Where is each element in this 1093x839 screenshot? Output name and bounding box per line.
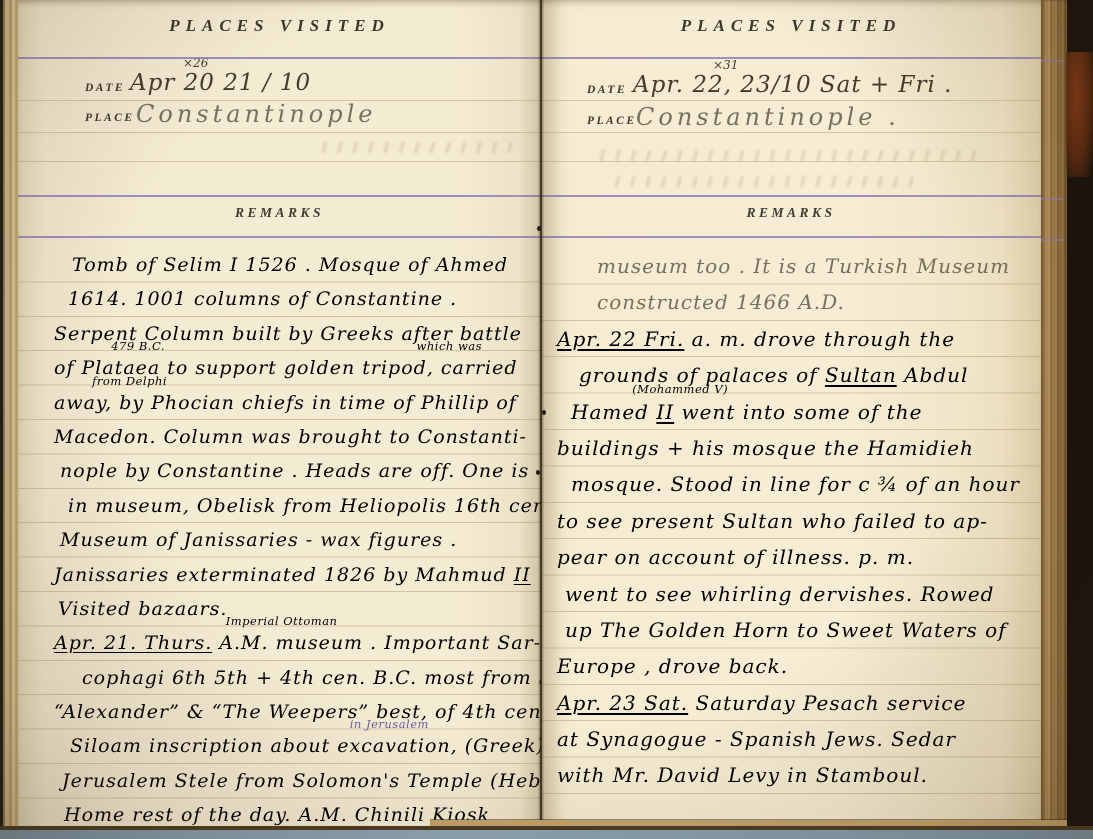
remark-text: Abdul — [897, 363, 969, 387]
remark-line: 1614. 1001 columns of Constantine . — [54, 282, 531, 316]
remark-text: Macedon. Column was brought to Constanti… — [54, 426, 527, 448]
edge-purple-rule — [1041, 239, 1063, 241]
remark-line: constructed 1466 A.D. — [557, 284, 1027, 320]
remark-text: Apr. 23 Sat. — [557, 691, 688, 715]
remark-text: up The Golden Horn to Sweet Waters of — [565, 618, 1007, 642]
remark-text: Janissaries exterminated 1826 by Mahmud — [54, 564, 514, 586]
left-page-edges — [0, 0, 18, 830]
remark-line: mosque. Stood in line for c ¾ of an hour — [557, 466, 1027, 502]
notebook-photo: PLACES VISITED DATE ×26 Apr 20 21 / 10 P… — [0, 0, 1093, 839]
right-page: PLACES VISITED DATE ×31 Apr. 22, 23/10 S… — [541, 0, 1041, 828]
remark-line: went to see whirling dervishes. Rowed — [557, 576, 1027, 612]
remark-line: Janissaries exterminated 1826 by Mahmud … — [54, 558, 531, 592]
left-remarks-lines: Tomb of Selim I 1526 . Mosque of Ahmed16… — [18, 248, 541, 828]
inserted-annotation: from Delphi — [92, 376, 167, 387]
remark-line: cophagi 6th 5th + 4th cen. B.C. most fro… — [54, 661, 531, 695]
remark-text: II — [656, 400, 674, 424]
inserted-annotation: (Mohammed V) — [632, 384, 728, 395]
remark-text: Visited bazaars. — [58, 598, 227, 620]
remark-text: mosque. Stood in line for c ¾ of an hour — [571, 472, 1020, 496]
remark-line: pear on account of illness. p. m. — [557, 539, 1027, 575]
remark-text: Siloam inscription about excavation, (Gr… — [70, 735, 541, 757]
remark-text: “Alexander” & “The Weepers” best, of 4th… — [54, 701, 541, 723]
remark-text: buildings + his mosque the Hamidieh — [557, 436, 974, 460]
right-date-label: DATE — [587, 84, 627, 96]
remark-line: grounds of palaces of Sultan Abdul — [557, 357, 1027, 393]
faint-rule — [18, 132, 1041, 133]
left-date-value: Apr 20 21 / 10 — [130, 70, 311, 96]
left-page-title: PLACES VISITED — [18, 16, 541, 36]
remark-text: went into some of the — [674, 400, 922, 424]
remark-line: Tomb of Selim I 1526 . Mosque of Ahmed — [54, 248, 531, 282]
remark-text: II — [514, 564, 531, 586]
remark-text: museum too . It is a Turkish Museum — [597, 254, 1010, 278]
remark-line: from Delphiaway, by Phocian chiefs in ti… — [54, 386, 531, 420]
remark-text: Hamed — [571, 400, 656, 424]
remark-line: Museum of Janissaries - wax figures . — [54, 523, 531, 557]
faint-rule — [18, 161, 1041, 162]
remark-line: Europe , drove back. — [557, 648, 1027, 684]
remark-text: Jerusalem Stele from Solomon's Temple (H… — [62, 770, 541, 792]
remark-line: up The Golden Horn to Sweet Waters of — [557, 612, 1027, 648]
right-date-superscript: ×31 — [713, 58, 738, 72]
remark-line: “Alexander” & “The Weepers” best, of 4th… — [54, 695, 531, 729]
remark-line: Macedon. Column was brought to Constanti… — [54, 420, 531, 454]
inserted-annotation: 479 B.C. — [111, 341, 165, 352]
ink-dot — [536, 470, 540, 475]
bleed-through-mark — [318, 142, 518, 153]
remark-text: Apr. 21. Thurs. — [54, 632, 212, 654]
remark-line: Apr. 22 Fri. a. m. drove through the — [557, 321, 1027, 357]
edge-purple-rule — [1041, 198, 1063, 200]
remark-line: buildings + his mosque the Hamidieh — [557, 430, 1027, 466]
remark-line: museum too . It is a Turkish Museum — [557, 248, 1027, 284]
remark-text: in museum, Obelisk from Heliopolis 16th … — [68, 495, 541, 517]
left-place-value: Constantinople — [136, 100, 376, 128]
faint-rule — [18, 100, 1041, 101]
left-page: PLACES VISITED DATE ×26 Apr 20 21 / 10 P… — [18, 0, 541, 828]
remark-text: a. m. drove through the — [684, 327, 955, 351]
remark-line: in museum, Obelisk from Heliopolis 16th … — [54, 489, 531, 523]
ink-dot — [537, 226, 541, 231]
remark-text: away, by Phocian chiefs in time of Phill… — [54, 392, 517, 414]
remark-text: at Synagogue - Spanish Jews. Sedar — [557, 727, 956, 751]
remark-line: Apr. 23 Sat. Saturday Pesach service — [557, 685, 1027, 721]
remark-line: at Synagogue - Spanish Jews. Sedar — [557, 721, 1027, 757]
remark-text: Saturday Pesach service — [688, 691, 966, 715]
remark-text: Apr. 22 Fri. — [557, 327, 684, 351]
right-page-title: PLACES VISITED — [541, 16, 1041, 36]
right-place-label: PLACE — [587, 115, 637, 127]
remark-text: to see present Sultan who failed to ap- — [557, 509, 988, 533]
purple-rule-remarks-top — [18, 195, 1041, 197]
cover-red-corner — [1066, 52, 1093, 177]
remark-line: (Mohammed V)Hamed II went into some of t… — [557, 394, 1027, 430]
remark-line: Jerusalem Stele from Solomon's Temple (H… — [54, 764, 531, 798]
inserted-annotation: Imperial Ottoman — [226, 616, 338, 627]
remark-line: with Mr. David Levy in Stamboul. — [557, 757, 1027, 793]
remark-text: with Mr. David Levy in Stamboul. — [557, 763, 928, 787]
purple-annotation: in Jerusalem — [350, 719, 429, 730]
right-page-edges — [1041, 0, 1067, 824]
bleed-through-mark — [596, 150, 986, 161]
remark-text: Sultan — [825, 363, 897, 387]
right-date-value: Apr. 22, 23/10 Sat + Fri . — [633, 72, 952, 98]
purple-rule-remarks-bottom — [18, 236, 1041, 238]
remark-text: Museum of Janissaries - wax figures . — [60, 529, 457, 551]
remark-text: constructed 1466 A.D. — [597, 290, 845, 314]
remark-text: cophagi 6th 5th + 4th cen. B.C. most fro… — [82, 667, 541, 689]
remark-text: Europe , drove back. — [557, 654, 788, 678]
remark-text: went to see whirling dervishes. Rowed — [565, 582, 994, 606]
remark-text: 1614. 1001 columns of Constantine . — [68, 288, 457, 310]
remark-line: to see present Sultan who failed to ap- — [557, 503, 1027, 539]
bleed-through-mark — [611, 176, 921, 187]
left-remarks-title: REMARKS — [18, 205, 541, 221]
ink-dot — [542, 410, 546, 415]
remark-text: pear on account of illness. p. m. — [557, 545, 914, 569]
right-remarks-lines: museum too . It is a Turkish Museumconst… — [541, 248, 1041, 794]
remark-line: in JerusalemSiloam inscription about exc… — [54, 729, 531, 763]
remark-text: nople by Constantine . Heads are off. On… — [60, 460, 529, 482]
remark-text: A.M. museum . Important Sar- — [212, 632, 541, 654]
right-place-value: Constantinople . — [636, 103, 900, 131]
remark-text: Tomb of Selim I 1526 . Mosque of Ahmed — [72, 254, 508, 276]
left-date-label: DATE — [85, 82, 125, 94]
right-remarks-title: REMARKS — [541, 205, 1041, 221]
left-place-label: PLACE — [85, 112, 135, 124]
purple-rule-top — [18, 57, 1041, 59]
remark-line: nople by Constantine . Heads are off. On… — [54, 454, 531, 488]
inserted-annotation: which was — [417, 341, 483, 352]
remark-text: Home rest of the day. A.M. Chinili Kiosk — [64, 804, 490, 826]
remark-line: Imperial OttomanApr. 21. Thurs. A.M. mus… — [54, 626, 531, 660]
edge-purple-rule — [1041, 60, 1063, 62]
table-surface — [0, 830, 1093, 839]
